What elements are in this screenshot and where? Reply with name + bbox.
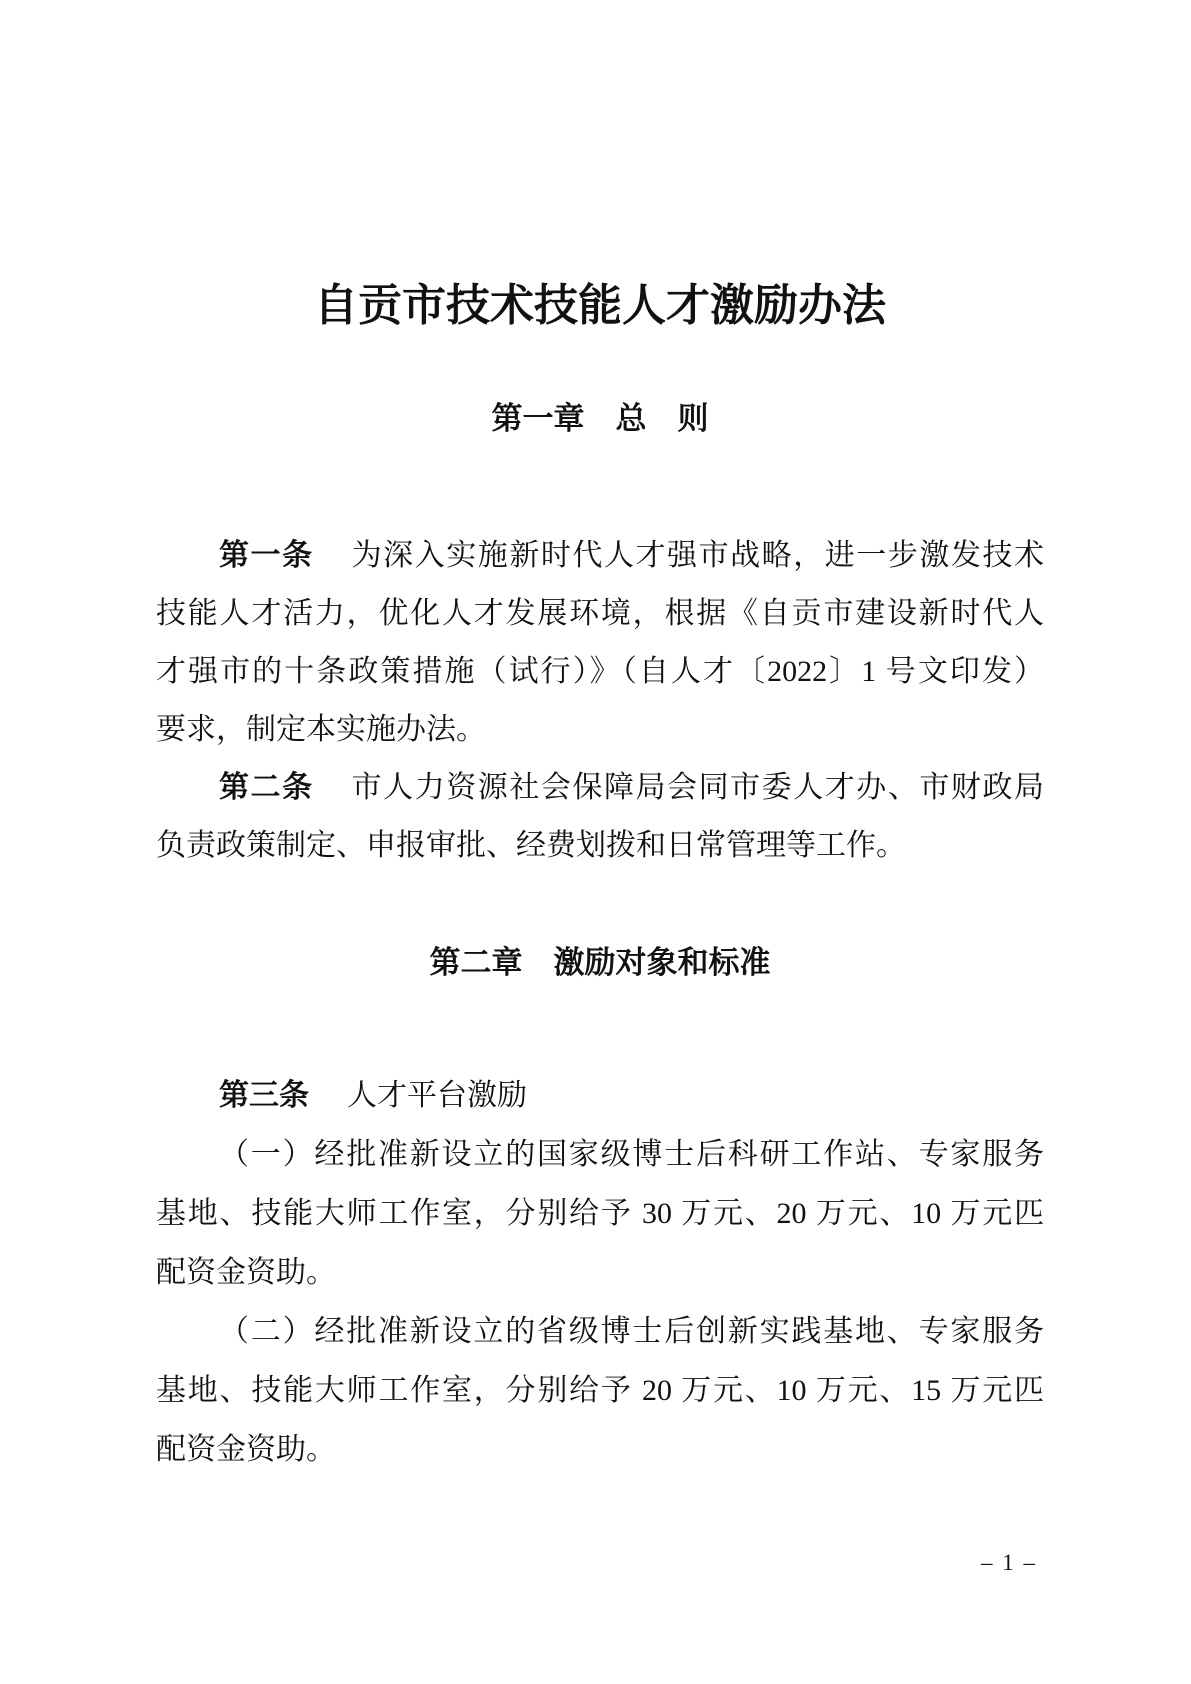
- chapter-2-body: 第三条人才平台激励 （一）经批准新设立的国家级博士后科研工作站、专家服务 基地、…: [156, 1066, 1044, 1479]
- item-1-line-1: （一）经批准新设立的国家级博士后科研工作站、专家服务: [156, 1125, 1044, 1184]
- chapter-2-heading: 第二章 激励对象和标准: [156, 934, 1044, 992]
- article-2-line-2: 负责政策制定、申报审批、经费划拨和日常管理等工作。: [156, 817, 1044, 875]
- article-1-line-1: 第一条为深入实施新时代人才强市战略，进一步激发技术: [156, 527, 1044, 585]
- item-2-line-3: 配资金资助。: [156, 1420, 1044, 1479]
- document-title: 自贡市技术技能人才激励办法: [156, 274, 1044, 338]
- article-1-line-3: 才强市的十条政策措施（试行）》（自人才〔2022〕1 号文印发）: [156, 643, 1044, 701]
- article-2-text-1: 市人力资源社会保障局会同市委人才办、市财政局: [352, 771, 1044, 804]
- article-3-text: 人才平台激励: [347, 1079, 527, 1112]
- article-2-line-1: 第二条市人力资源社会保障局会同市委人才办、市财政局: [156, 759, 1044, 817]
- item-1-line-3: 配资金资助。: [156, 1243, 1044, 1302]
- article-1-line-2: 技能人才活力，优化人才发展环境，根据《自贡市建设新时代人: [156, 585, 1044, 643]
- page-number: – 1 –: [939, 1548, 1079, 1578]
- item-2-line-1: （二）经批准新设立的省级博士后创新实践基地、专家服务: [156, 1302, 1044, 1361]
- article-3-line: 第三条人才平台激励: [156, 1066, 1044, 1125]
- article-3-label: 第三条: [219, 1079, 309, 1112]
- article-1-label: 第一条: [219, 539, 314, 572]
- item-2-line-2: 基地、技能大师工作室，分别给予 20 万元、10 万元、15 万元匹: [156, 1361, 1044, 1420]
- article-2-label: 第二条: [219, 771, 314, 804]
- article-1-text-1: 为深入实施新时代人才强市战略，进一步激发技术: [352, 539, 1044, 572]
- chapter-1-body: 第一条为深入实施新时代人才强市战略，进一步激发技术 技能人才活力，优化人才发展环…: [156, 527, 1044, 875]
- document-page: 自贡市技术技能人才激励办法 第一章 总 则 第一条为深入实施新时代人才强市战略，…: [0, 0, 1191, 1684]
- article-1-line-4: 要求，制定本实施办法。: [156, 701, 1044, 759]
- chapter-1-heading: 第一章 总 则: [156, 390, 1044, 448]
- item-1-line-2: 基地、技能大师工作室，分别给予 30 万元、20 万元、10 万元匹: [156, 1184, 1044, 1243]
